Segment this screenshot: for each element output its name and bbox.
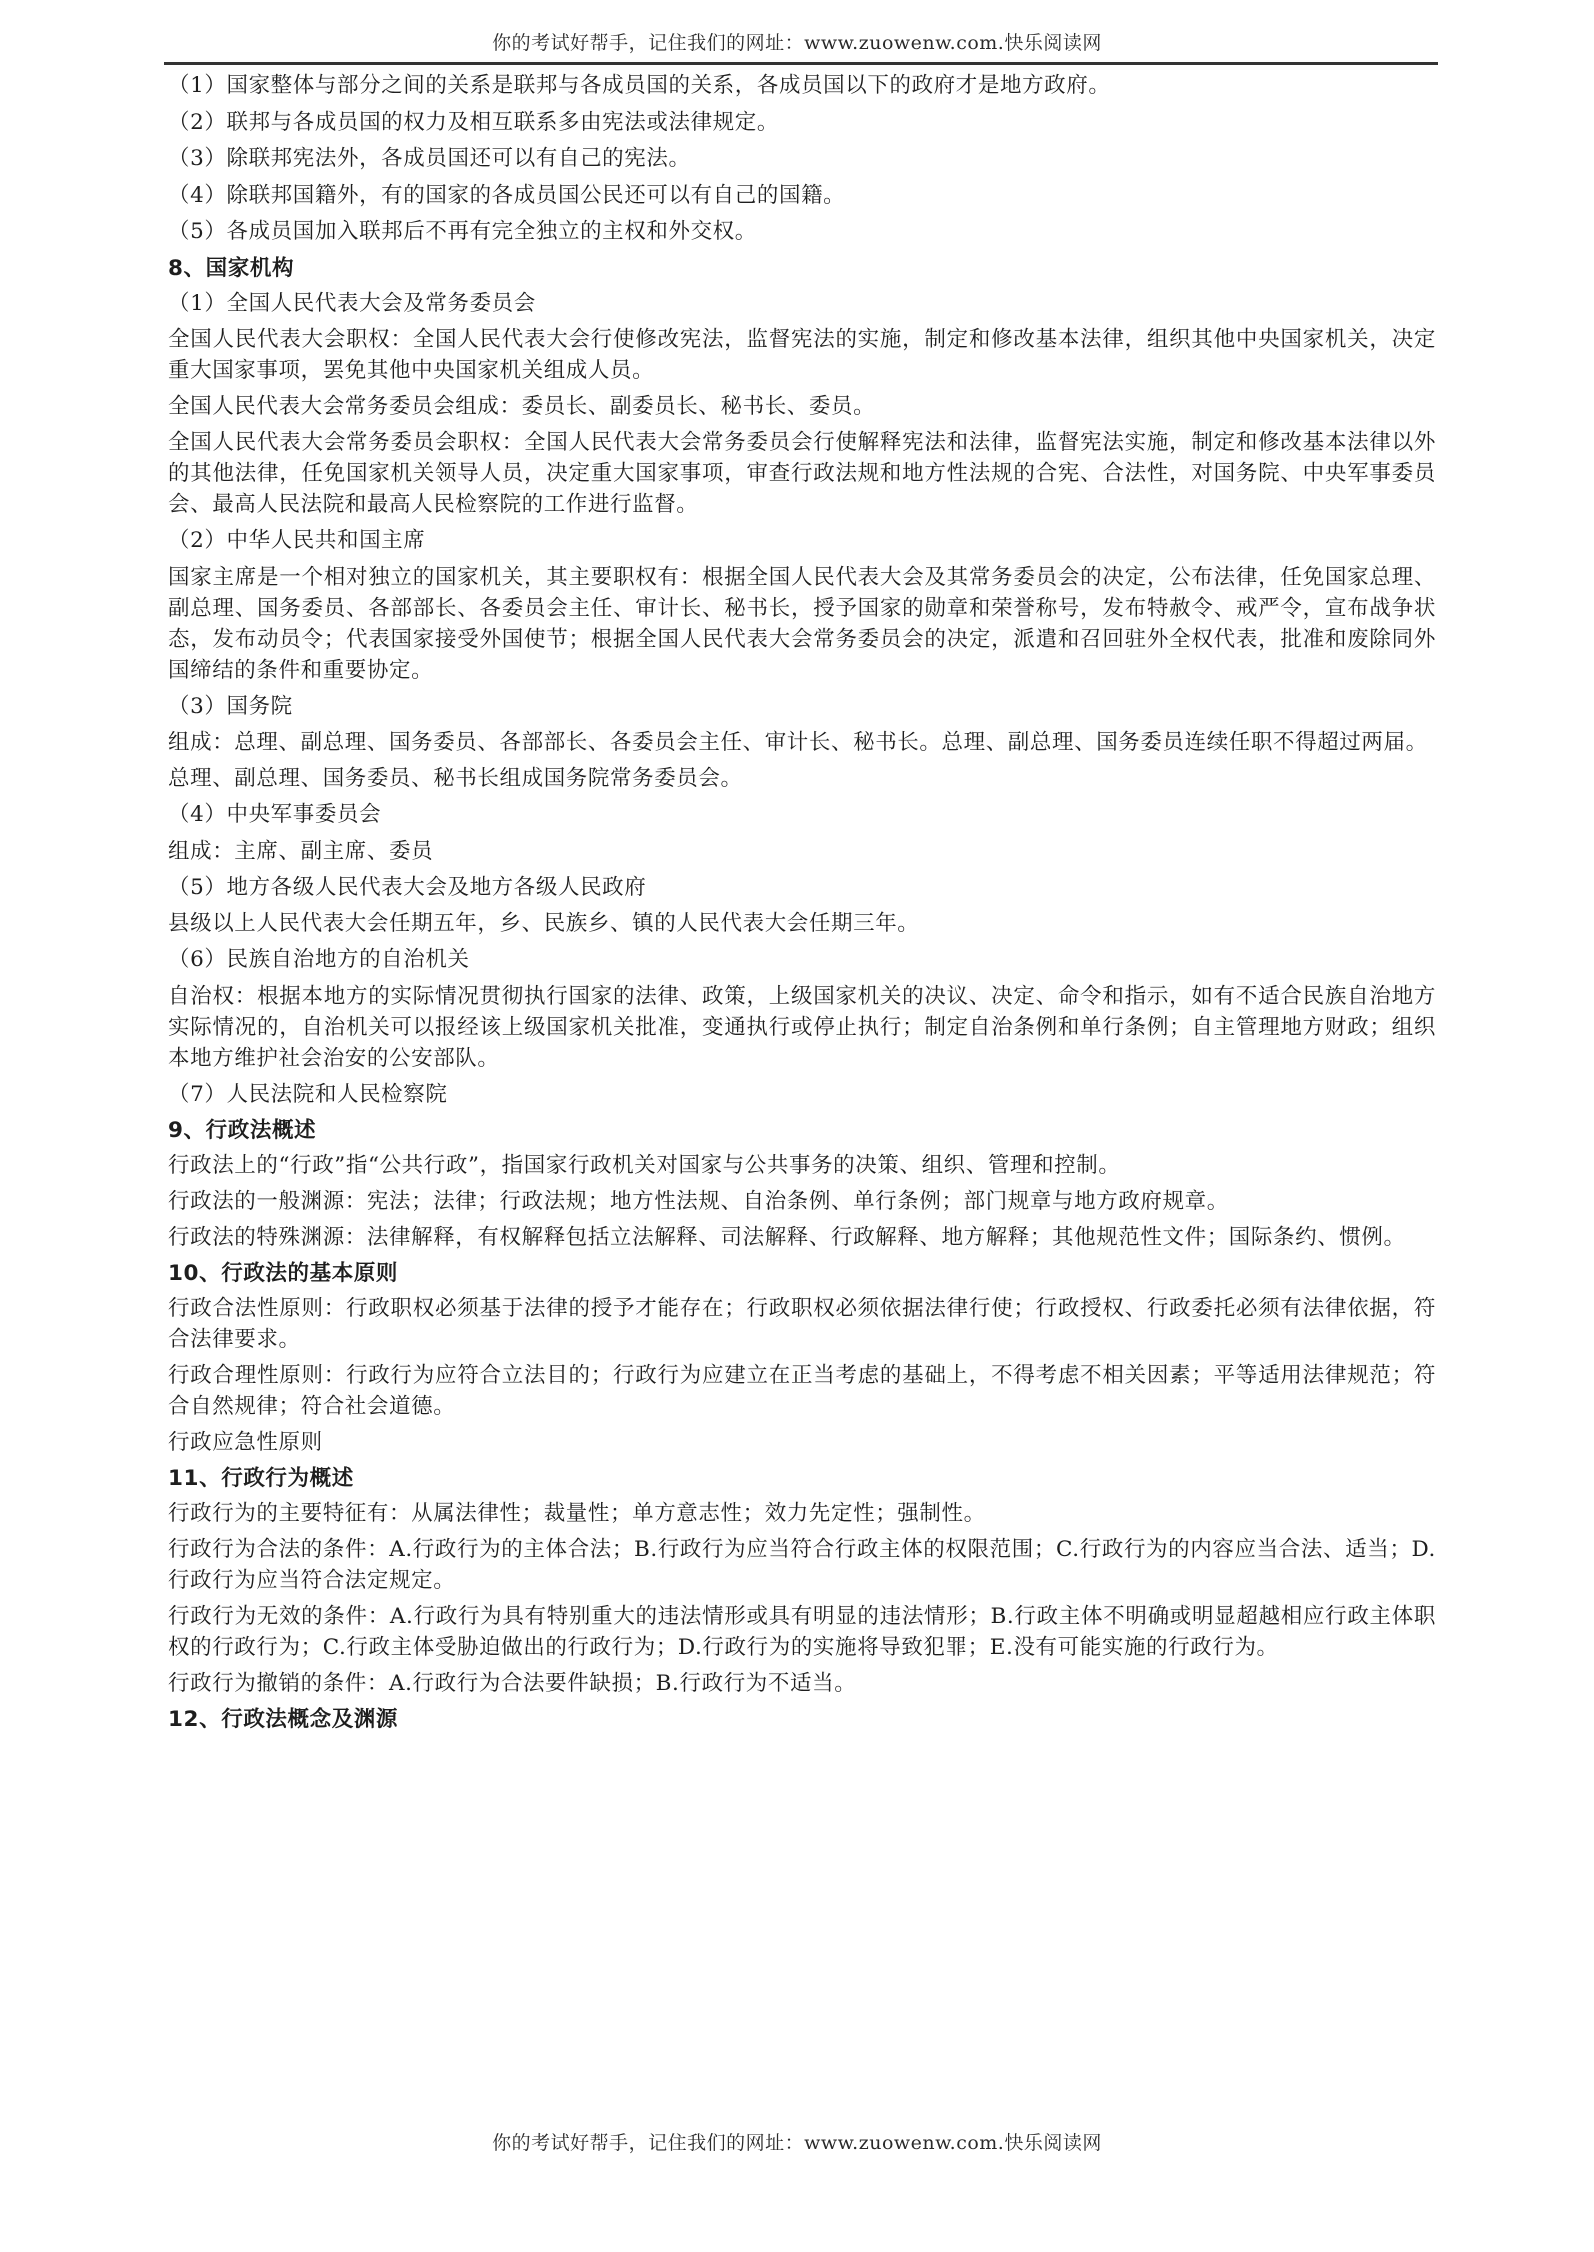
federal-feature-2: （2）联邦与各成员国的权力及相互联系多由宪法或法律规定。 xyxy=(168,107,1436,138)
paragraph-special-sources: 行政法的特殊渊源：法律解释，有权解释包括立法解释、司法解释、行政解释、地方解释；… xyxy=(168,1222,1436,1253)
paragraph-legality-principle: 行政合法性原则：行政职权必须基于法律的授予才能存在；行政职权必须依据法律行使；行… xyxy=(168,1293,1436,1355)
section-heading-9: 9、行政法概述 xyxy=(168,1115,1436,1146)
paragraph-local-terms: 县级以上人民代表大会任期五年，乡、民族乡、镇的人民代表大会任期三年。 xyxy=(168,908,1436,939)
section-heading-11: 11、行政行为概述 xyxy=(168,1463,1436,1494)
subheading-local-congress: （5）地方各级人民代表大会及地方各级人民政府 xyxy=(168,872,1436,903)
section-heading-8: 8、国家机构 xyxy=(168,253,1436,284)
subheading-npc: （1）全国人民代表大会及常务委员会 xyxy=(168,288,1436,319)
subheading-president: （2）中华人民共和国主席 xyxy=(168,525,1436,556)
subheading-autonomous-organs: （6）民族自治地方的自治机关 xyxy=(168,944,1436,975)
paragraph-admin-definition: 行政法上的“行政”指“公共行政”，指国家行政机关对国家与公共事务的决策、组织、管… xyxy=(168,1150,1436,1181)
paragraph-act-legal-conditions: 行政行为合法的条件：A.行政行为的主体合法；B.行政行为应当符合行政主体的权限范… xyxy=(168,1534,1436,1596)
paragraph-president-powers: 国家主席是一个相对独立的国家机关，其主要职权有：根据全国人民代表大会及其常务委员… xyxy=(168,562,1436,686)
subheading-state-council: （3）国务院 xyxy=(168,691,1436,722)
paragraph-act-features: 行政行为的主要特征有：从属法律性；裁量性；单方意志性；效力先定性；强制性。 xyxy=(168,1498,1436,1529)
section-heading-10: 10、行政法的基本原则 xyxy=(168,1258,1436,1289)
section-heading-12: 12、行政法概念及渊源 xyxy=(168,1704,1436,1735)
subheading-military-commission: （4）中央军事委员会 xyxy=(168,799,1436,830)
paragraph-state-council-composition: 组成：总理、副总理、国务委员、各部部长、各委员会主任、审计长、秘书长。总理、副总… xyxy=(168,727,1436,758)
document-body: （1）国家整体与部分之间的关系是联邦与各成员国的关系，各成员国以下的政府才是地方… xyxy=(168,70,1436,1739)
paragraph-state-council-standing: 总理、副总理、国务委员、秘书长组成国务院常务委员会。 xyxy=(168,763,1436,794)
page-footer: 你的考试好帮手，记住我们的网址：www.zuowenw.com.快乐阅读网 xyxy=(0,2128,1594,2155)
paragraph-military-commission: 组成：主席、副主席、委员 xyxy=(168,836,1436,867)
paragraph-act-revocation-conditions: 行政行为撤销的条件：A.行政行为合法要件缺损；B.行政行为不适当。 xyxy=(168,1668,1436,1699)
paragraph-autonomy-rights: 自治权：根据本地方的实际情况贯彻执行国家的法律、政策，上级国家机关的决议、决定、… xyxy=(168,981,1436,1074)
paragraph-npcsc-powers: 全国人民代表大会常务委员会职权：全国人民代表大会常务委员会行使解释宪法和法律，监… xyxy=(168,427,1436,520)
federal-feature-3: （3）除联邦宪法外，各成员国还可以有自己的宪法。 xyxy=(168,143,1436,174)
paragraph-act-invalid-conditions: 行政行为无效的条件：A.行政行为具有特别重大的违法情形或具有明显的违法情形；B.… xyxy=(168,1601,1436,1663)
paragraph-npc-powers: 全国人民代表大会职权：全国人民代表大会行使修改宪法，监督宪法的实施，制定和修改基… xyxy=(168,324,1436,386)
paragraph-general-sources: 行政法的一般渊源：宪法；法律；行政法规；地方性法规、自治条例、单行条例；部门规章… xyxy=(168,1186,1436,1217)
header-rule xyxy=(164,62,1438,65)
subheading-courts: （7）人民法院和人民检察院 xyxy=(168,1079,1436,1110)
paragraph-rationality-principle: 行政合理性原则：行政行为应符合立法目的；行政行为应建立在正当考虑的基础上，不得考… xyxy=(168,1360,1436,1422)
page-header: 你的考试好帮手，记住我们的网址：www.zuowenw.com.快乐阅读网 xyxy=(0,28,1594,55)
federal-feature-4: （4）除联邦国籍外，有的国家的各成员国公民还可以有自己的国籍。 xyxy=(168,180,1436,211)
federal-feature-1: （1）国家整体与部分之间的关系是联邦与各成员国的关系，各成员国以下的政府才是地方… xyxy=(168,70,1436,101)
paragraph-emergency-principle: 行政应急性原则 xyxy=(168,1427,1436,1458)
federal-feature-5: （5）各成员国加入联邦后不再有完全独立的主权和外交权。 xyxy=(168,216,1436,247)
paragraph-npcsc-composition: 全国人民代表大会常务委员会组成：委员长、副委员长、秘书长、委员。 xyxy=(168,391,1436,422)
